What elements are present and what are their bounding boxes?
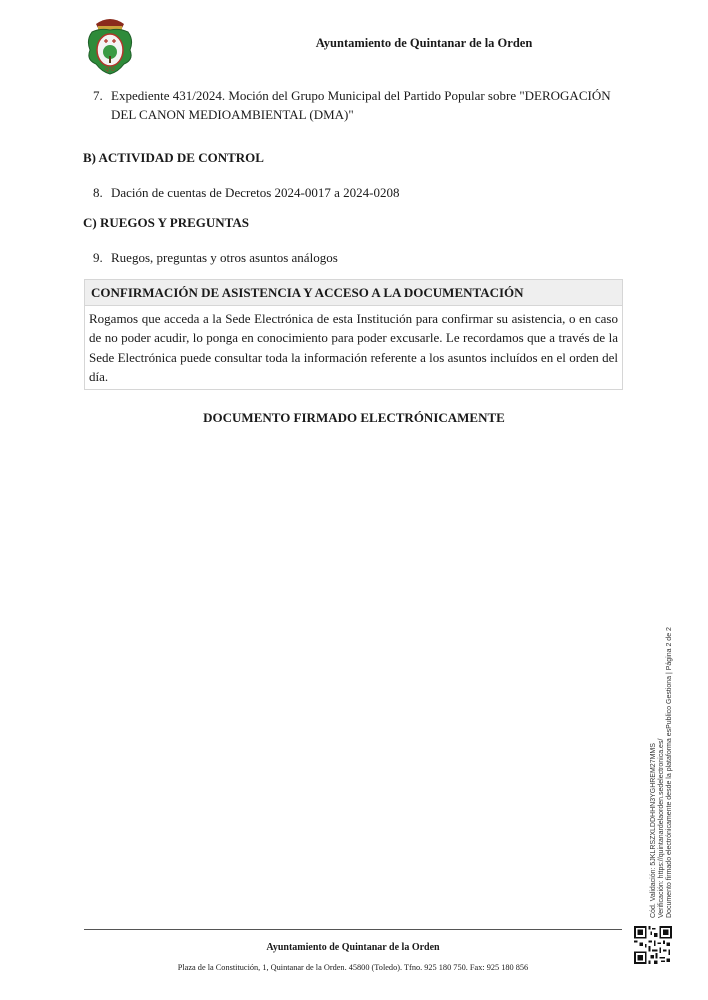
- section-heading-b: B) ACTIVIDAD DE CONTROL: [83, 150, 264, 166]
- agenda-item-8: 8.Dación de cuentas de Decretos 2024-001…: [93, 183, 399, 202]
- item-text-line1: Expediente 431/2024. Moción del Grupo Mu…: [111, 88, 611, 103]
- item-number: 8.: [93, 183, 111, 202]
- agenda-item-7: 7.Expediente 431/2024. Moción del Grupo …: [93, 86, 628, 124]
- section-heading-c: C) RUEGOS Y PREGUNTAS: [83, 215, 249, 231]
- verification-sidebar: Cód. Validación: 5JKLRSZXLDDHHN3YGHREM27…: [650, 618, 674, 918]
- confirmation-box-body: Rogamos que acceda a la Sede Electrónica…: [85, 306, 622, 389]
- validation-code: Cód. Validación: 5JKLRSZXLDDHHN3YGHREM27…: [650, 618, 658, 918]
- qr-code-icon: [634, 926, 672, 964]
- confirmation-box: CONFIRMACIÓN DE ASISTENCIA Y ACCESO A LA…: [84, 279, 623, 390]
- item-number: 9.: [93, 248, 111, 267]
- footer-title: Ayuntamiento de Quintanar de la Orden: [84, 942, 622, 953]
- signed-notice: DOCUMENTO FIRMADO ELECTRÓNICAMENTE: [0, 410, 708, 426]
- header-title: Ayuntamiento de Quintanar de la Orden: [0, 36, 708, 51]
- item-number: 7.: [93, 86, 111, 105]
- item-text: Dación de cuentas de Decretos 2024-0017 …: [111, 185, 399, 200]
- verification-url[interactable]: Verificación: https://quintanardelaorden…: [658, 618, 666, 918]
- item-text-line2: DEL CANON MEDIOAMBIENTAL (DMA)": [93, 105, 628, 124]
- svg-text:Q·O: Q·O: [105, 67, 115, 73]
- footer-divider: [84, 929, 622, 930]
- agenda-item-9: 9.Ruegos, preguntas y otros asuntos anál…: [93, 248, 338, 267]
- footer-address: Plaza de la Constitución, 1, Quintanar d…: [84, 963, 622, 972]
- item-text: Ruegos, preguntas y otros asuntos análog…: [111, 250, 338, 265]
- signature-platform-note: Documento firmado electrónicamente desde…: [666, 618, 674, 918]
- confirmation-box-title: CONFIRMACIÓN DE ASISTENCIA Y ACCESO A LA…: [85, 280, 622, 306]
